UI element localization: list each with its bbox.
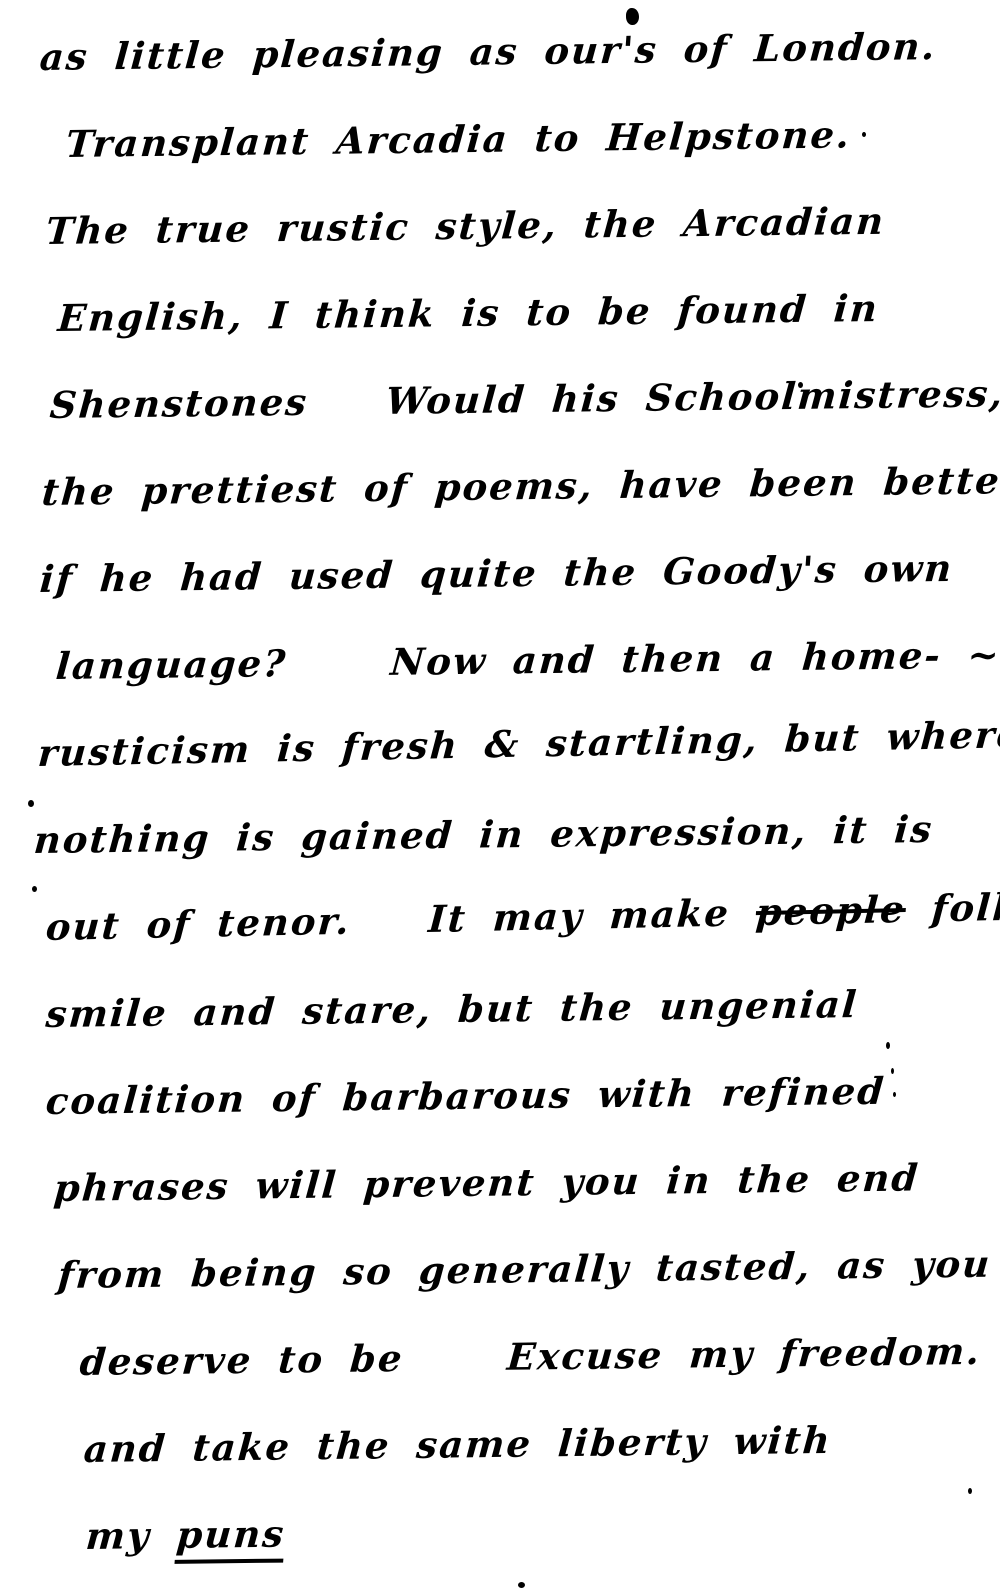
ink-speck [886, 1042, 890, 1049]
ink-speck [862, 132, 866, 137]
handwriting-line: if he had used quite the Goody's own [37, 524, 1000, 623]
handwriting-text: language? Now and then a home- ~ [54, 632, 1000, 688]
handwriting-line: the prettiest of poems, have been better… [39, 437, 1000, 536]
letter-body: as little pleasing as our's of London.Tr… [0, 0, 1000, 1580]
handwriting-line: coalition of barbarous with refined [43, 1046, 1000, 1145]
handwriting-line: phrases will prevent you in the end [51, 1133, 1000, 1232]
ink-speck [626, 8, 639, 25]
handwriting-text: coalition of barbarous with refined [44, 1069, 887, 1123]
handwriting-line: rusticism is fresh & startling, but wher… [35, 692, 1000, 797]
handwriting-line: and take the same liberty with [81, 1395, 1000, 1493]
handwriting-text: Transplant Arcadia to Helpstone. [64, 112, 852, 166]
handwriting-line: The true rustic style, the Arcadian [43, 176, 1000, 275]
handwriting-text: the prettiest of poems, have been better… [40, 458, 1000, 514]
handwriting-line: from being so generally tasted, as you [55, 1220, 1000, 1319]
struck-word: people [755, 887, 908, 934]
handwriting-line: as little pleasing as our's of London. [37, 2, 1000, 101]
handwriting-text: smile and stare, but the ungenial [44, 982, 859, 1036]
handwriting-line: my puns [83, 1482, 1000, 1580]
handwriting-line: Transplant Arcadia to Helpstone. [63, 90, 1000, 188]
handwriting-text: phrases will prevent you in the end [52, 1155, 921, 1210]
handwriting-text: as little pleasing as our's of London. [38, 24, 938, 79]
ink-speck [32, 886, 37, 892]
handwriting-line: deserve to be Excuse my freedom. [77, 1308, 1000, 1406]
handwriting-text: from being so generally tasted, as you [56, 1242, 993, 1297]
handwriting-line: Shenstones Would his Schoolmistress, [47, 350, 1000, 449]
handwriting-line: English, I think is to be found in [55, 263, 1000, 362]
ink-speck [518, 1582, 525, 1588]
handwriting-text: Shenstones Would his Schoolmistress, [48, 371, 1000, 427]
handwriting-text: my [84, 1513, 178, 1558]
handwriting-text: if he had used quite the Goody's own [38, 546, 955, 601]
ink-speck [891, 1068, 894, 1074]
handwriting-text: deserve to be Excuse my freedom. [78, 1329, 983, 1384]
ink-speck [893, 1092, 896, 1097]
handwriting-text: nothing is gained in expression, it is [32, 807, 935, 862]
handwriting-text: out of tenor. It may make [45, 890, 758, 949]
ink-speck [28, 800, 34, 807]
manuscript-page: as little pleasing as our's of London.Tr… [0, 0, 1000, 1593]
handwriting-text: The true rustic style, the Arcadian [44, 199, 886, 253]
handwriting-text: and take the same liberty with [82, 1418, 833, 1471]
handwriting-text: English, I think is to be found in [56, 286, 880, 340]
handwriting-text: rusticism is fresh & startling, but wher… [37, 712, 1000, 775]
handwriting-text: folks [904, 884, 1000, 931]
ink-speck [968, 1488, 972, 1494]
ink-speck [798, 382, 803, 388]
handwriting-line: smile and stare, but the ungenial [43, 959, 1000, 1058]
underlined-word: puns [175, 1512, 287, 1557]
